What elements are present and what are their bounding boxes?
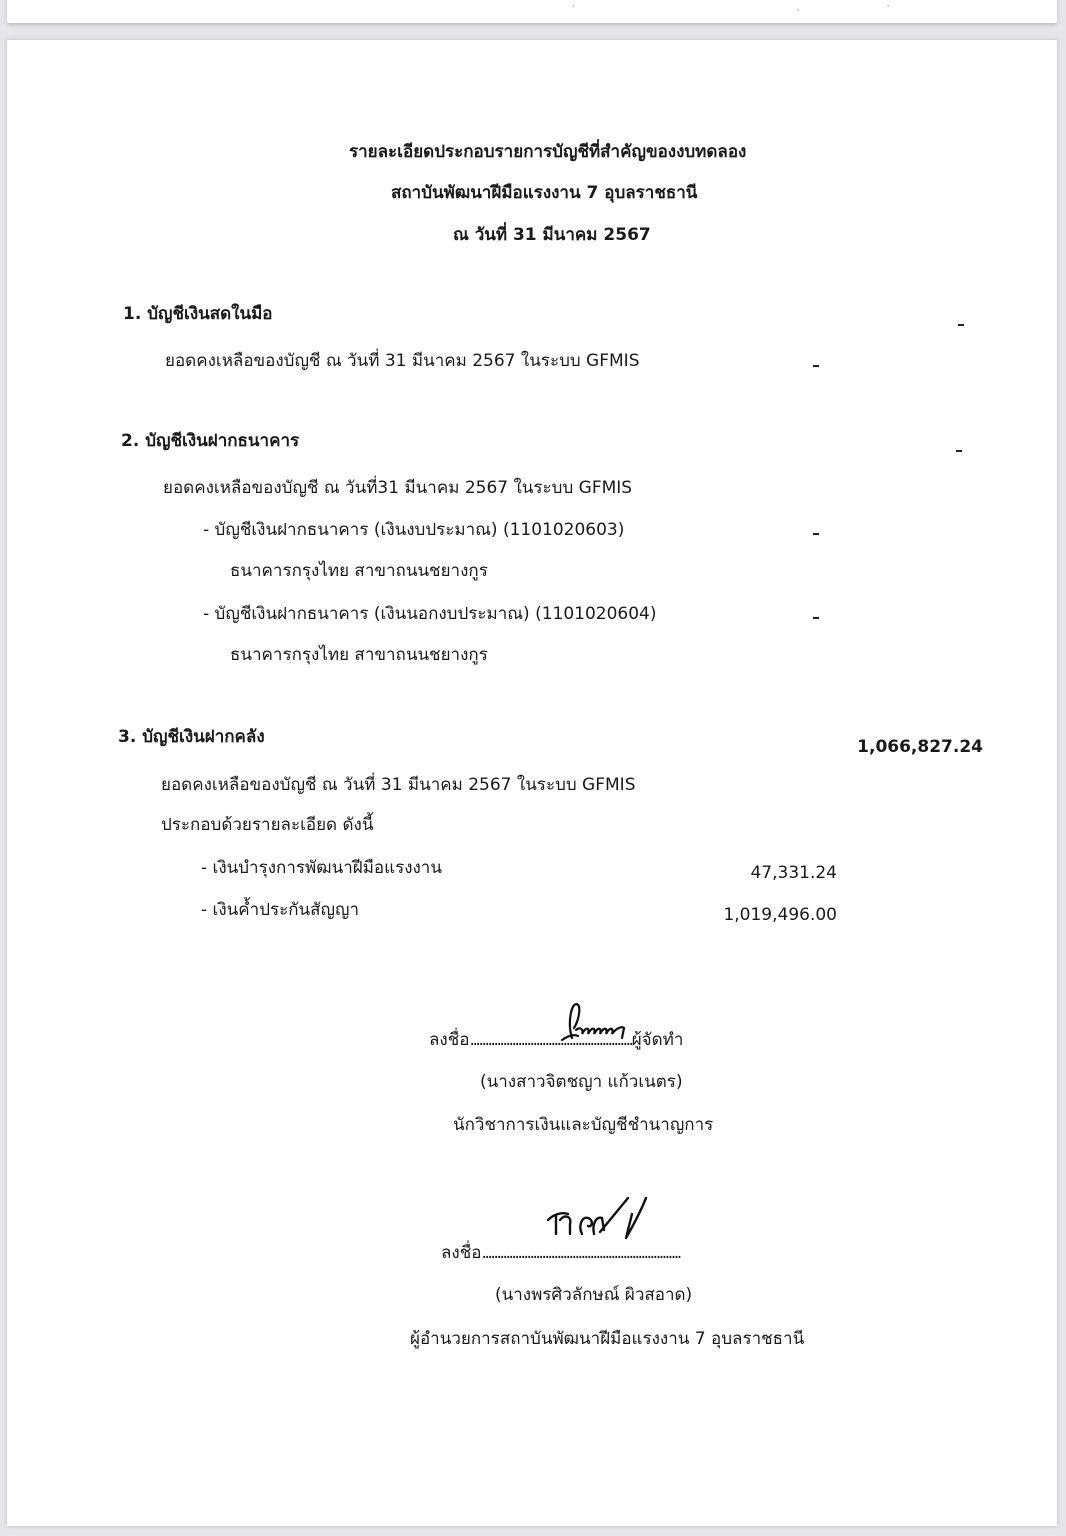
document-title: รายละเอียดประกอบรายการบัญชีที่สำคัญของงบ… — [349, 141, 746, 163]
signature-2-prefix: ลงชื่อ — [441, 1243, 481, 1263]
document-page: รายละเอียดประกอบรายการบัญชีที่สำคัญของงบ… — [7, 40, 1057, 1526]
section-2-item-1-label: - บัญชีเงินฝากธนาคาร (เงินงบประมาณ) (110… — [203, 519, 624, 541]
previous-page-mark: ' — [797, 8, 799, 17]
previous-page-edge: ' ' ' — [7, 0, 1057, 23]
section-1-balance-line: ยอดคงเหลือของบัญชี ณ วันที่ 31 มีนาคม 25… — [165, 350, 639, 372]
handwritten-signature-2 — [542, 1190, 652, 1250]
section-1-total — [958, 324, 964, 326]
section-2-total — [956, 450, 962, 452]
section-1-heading: 1. บัญชีเงินสดในมือ — [123, 303, 273, 325]
signature-1-name: (นางสาวจิตชญา แก้วเนตร) — [480, 1071, 683, 1093]
section-3-total: 1,066,827.24 — [837, 736, 983, 758]
signature-1-position: นักวิชาการเงินและบัญชีชำนาญการ — [453, 1114, 713, 1136]
section-3-balance-line: ยอดคงเหลือของบัญชี ณ วันที่ 31 มีนาคม 25… — [161, 774, 635, 796]
signature-1-role: ผู้จัดทำ — [632, 1030, 684, 1050]
previous-page-mark: ' — [572, 4, 574, 13]
signature-2-position: ผู้อำนวยการสถาบันพัฒนาฝีมือแรงงาน 7 อุบล… — [410, 1328, 804, 1350]
section-3-detail-intro: ประกอบด้วยรายละเอียด ดังนี้ — [161, 814, 373, 836]
section-2-item-1-bank: ธนาคารกรุงไทย สาขาถนนชยางกูร — [230, 560, 488, 582]
section-2-item-1-value — [813, 533, 819, 535]
section-3-item-1-value: 47,331.24 — [687, 862, 837, 884]
section-2-item-2-value — [813, 617, 819, 619]
section-3-item-2-label: - เงินค้ำประกันสัญญา — [201, 899, 359, 921]
signature-1-prefix: ลงชื่อ — [429, 1030, 469, 1050]
handwritten-signature-1 — [552, 998, 632, 1048]
previous-page-mark: ' — [887, 4, 889, 13]
section-3-heading: 3. บัญชีเงินฝากคลัง — [118, 726, 265, 748]
organization-name: สถาบันพัฒนาฝีมือแรงงาน 7 อุบลราชธานี — [391, 182, 697, 204]
section-1-balance-value — [813, 365, 819, 367]
signature-2-name: (นางพรศิวลักษณ์ ผิวสอาด) — [495, 1284, 692, 1306]
section-3-item-1-label: - เงินบำรุงการพัฒนาฝีมือแรงงาน — [201, 857, 442, 879]
section-2-item-2-label: - บัญชีเงินฝากธนาคาร (เงินนอกงบประมาณ) (… — [203, 603, 657, 625]
section-2-balance-line: ยอดคงเหลือของบัญชี ณ วันที่31 มีนาคม 256… — [163, 477, 632, 499]
section-2-heading: 2. บัญชีเงินฝากธนาคาร — [121, 430, 299, 452]
report-date: ณ วันที่ 31 มีนาคม 2567 — [453, 224, 651, 246]
section-2-item-2-bank: ธนาคารกรุงไทย สาขาถนนชยางกูร — [230, 644, 488, 666]
section-3-item-2-value: 1,019,496.00 — [687, 904, 837, 926]
